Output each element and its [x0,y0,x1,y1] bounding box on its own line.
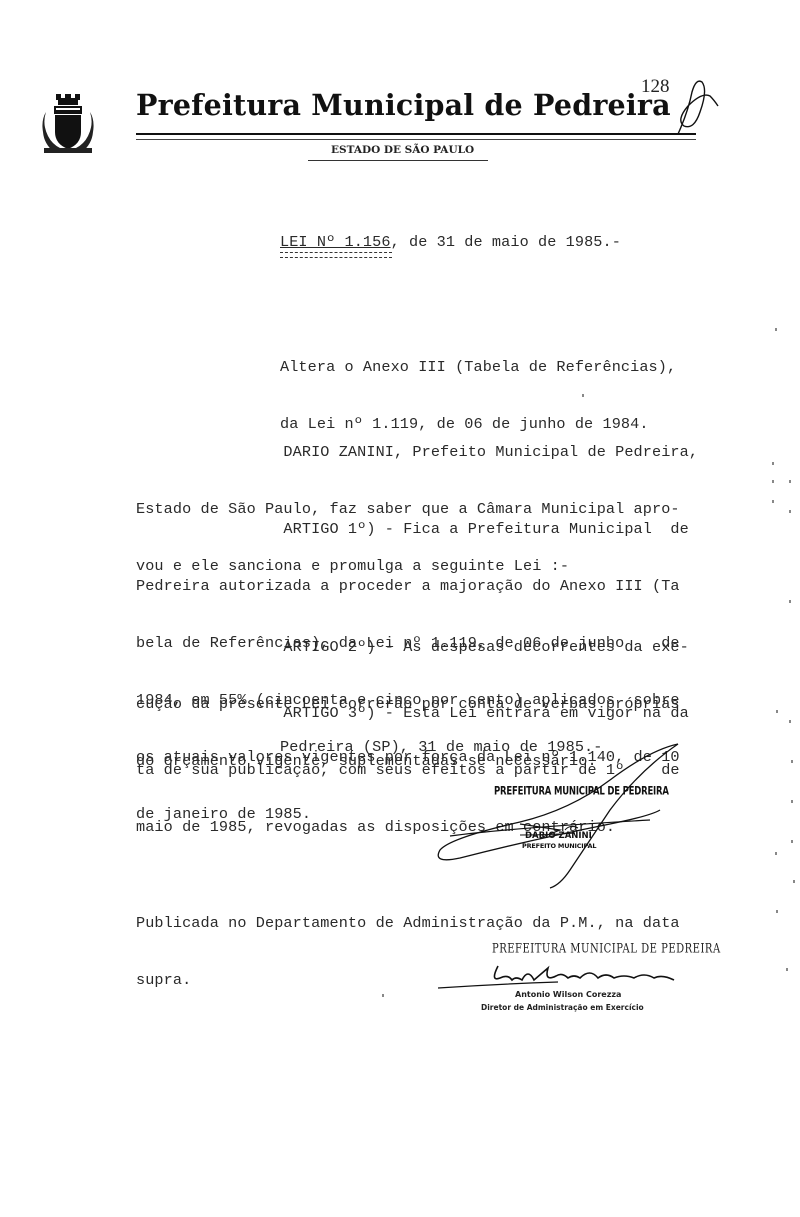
mayor-stamp-role: PREFEITO MUNICIPAL [522,842,596,850]
mayor-stamp-institution: PREFEITURA MUNICIPAL DE PEDREIRA [494,786,669,799]
municipal-crest-icon [40,94,96,154]
article-line: ARTIGO 1º) - Fica a Prefeitura Municipal… [136,520,689,539]
article-line: Pedreira autorizada a proceder a majoraç… [136,577,689,596]
article-3: ARTIGO 3º) - Esta Lei entrará em vigor n… [136,666,689,856]
publication-line: supra. [136,971,680,990]
scan-speck [789,720,791,723]
initials-signature [668,72,738,142]
law-number: LEI Nº 1.156 [280,233,391,251]
ementa-line: Altera o Anexo III (Tabela de Referência… [280,358,676,377]
letterhead-rule [136,133,696,140]
scan-speck [791,760,793,763]
law-date: , de 31 de maio de 1985.- [391,233,621,251]
director-stamp-institution: PREFEITURA MUNICIPAL DE PEDREIRA [492,942,721,956]
scan-speck [793,880,795,883]
director-role: Diretor de Administração em Exercício [481,1003,644,1012]
scan-speck [382,994,384,997]
scan-speck [772,500,774,503]
scan-speck [582,394,584,397]
scan-speck [791,800,793,803]
article-line: ARTIGO 2º) - As despesas decorrentes da … [136,638,689,657]
scan-speck [772,462,774,465]
scan-speck [786,968,788,971]
article-line: ARTIGO 3º) - Esta Lei entrará em vigor n… [136,704,689,723]
preamble-line: DARIO ZANINI, Prefeito Municipal de Pedr… [136,443,698,462]
letterhead-title: Prefeitura Municipal de Pedreira [136,88,671,122]
scan-speck [789,510,791,513]
letterhead-subtitle: ESTADO DE SÃO PAULO [331,144,474,156]
scan-speck [789,480,791,483]
mayor-stamp-name: DARIO ZANINI [525,831,592,841]
scan-speck [772,480,774,483]
scan-speck [789,600,791,603]
scan-speck [775,328,777,331]
law-number-double-underline [280,252,392,258]
law-title: LEI Nº 1.156, de 31 de maio de 1985.- [280,233,621,252]
publication-line: Publicada no Departamento de Administraç… [136,914,680,933]
article-line: ta de sua publicação, com seus efeitos a… [136,761,689,780]
director-name: Antonio Wilson Corezza [515,990,621,999]
place-date: Pedreira (SP), 31 de maio de 1985.- [280,738,603,757]
scan-speck [791,840,793,843]
subtitle-rule [308,160,488,161]
scan-speck [775,852,777,855]
scan-speck [776,710,778,713]
article-line: maio de 1985, revogadas as disposições e… [136,818,689,837]
scan-speck [776,910,778,913]
